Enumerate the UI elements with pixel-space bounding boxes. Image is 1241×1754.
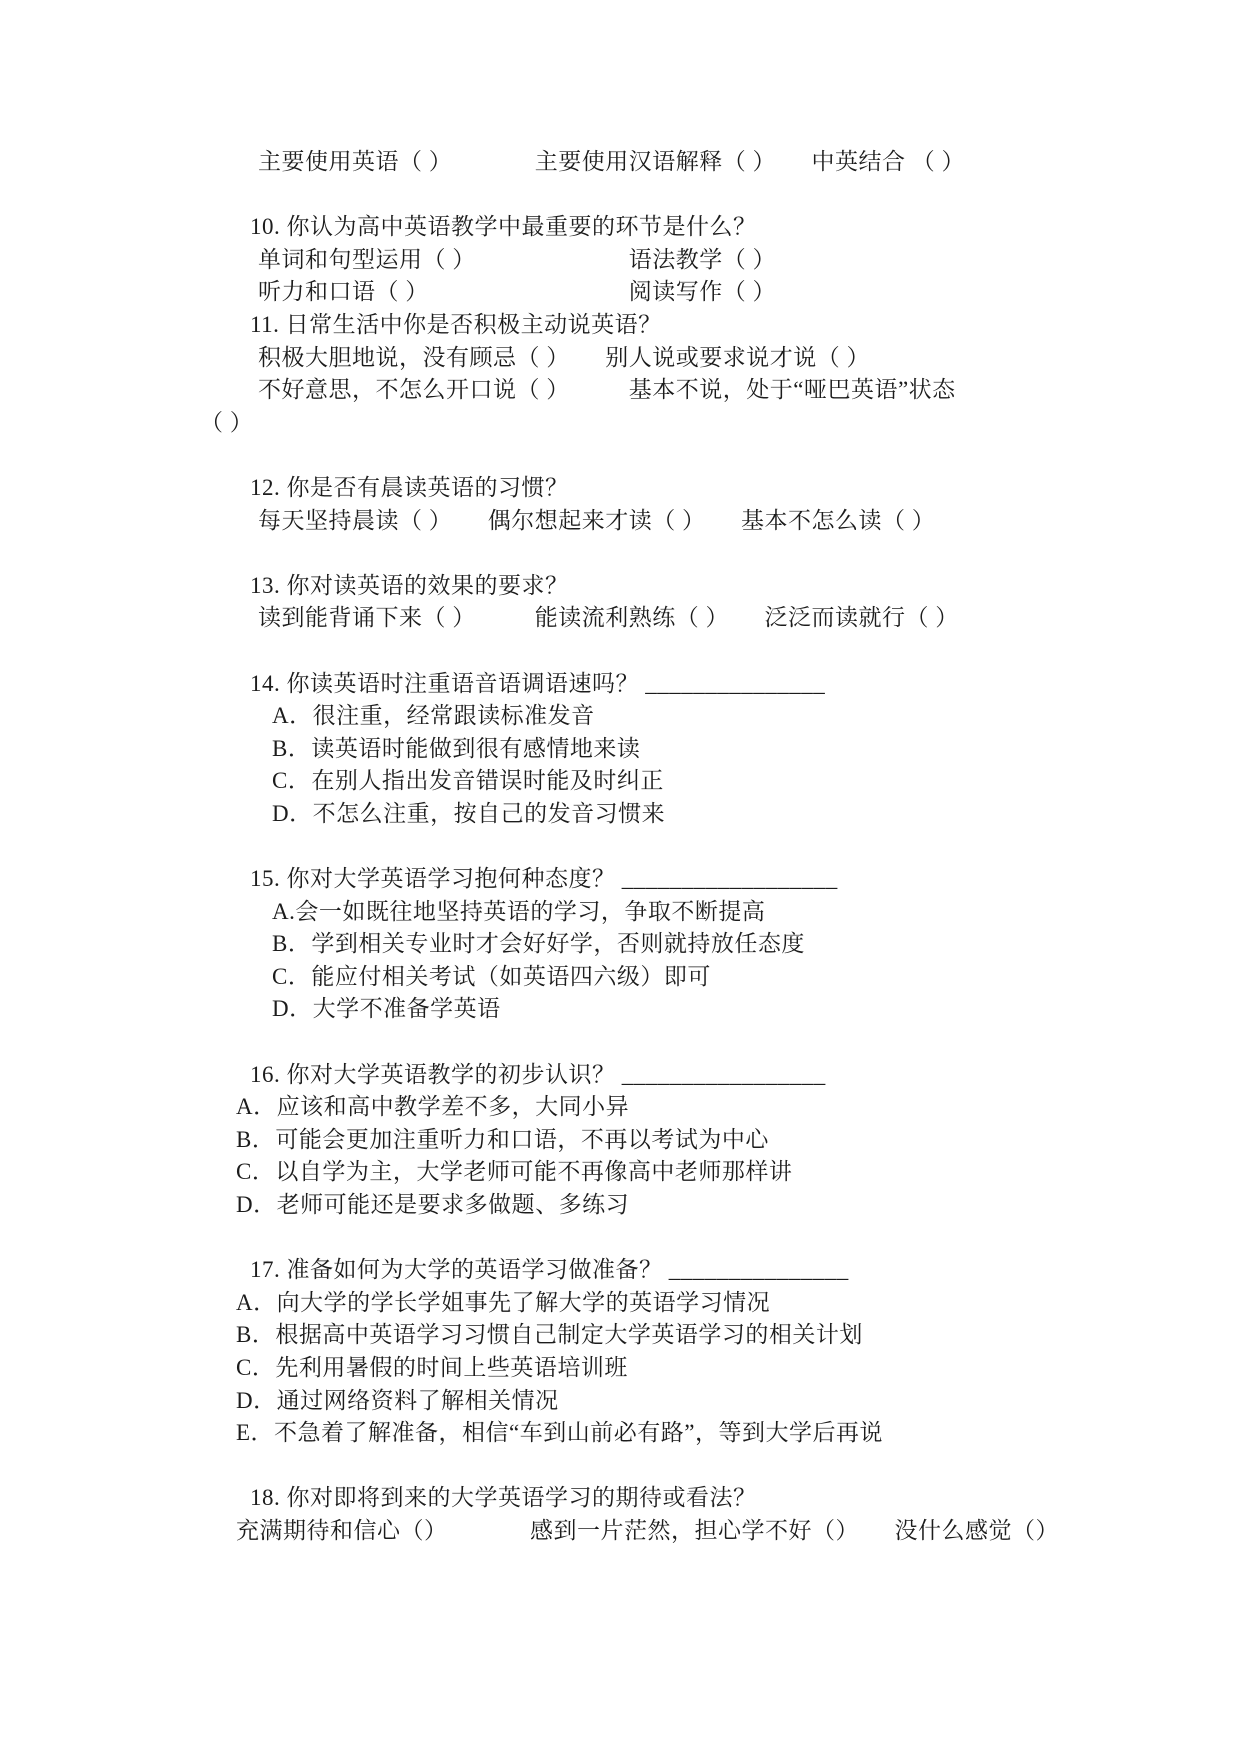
q16-option-b: B．可能会更加注重听力和口语，不再以考试为中心	[236, 1124, 1241, 1157]
q17-title: 17. 准备如何为大学的英语学习做准备？ _______________	[250, 1254, 1241, 1287]
q17-option-b: B．根据高中英语学习习惯自己制定大学英语学习的相关计划	[236, 1319, 1241, 1352]
q14-option-c: C．在别人指出发音错误时能及时纠正	[272, 765, 1241, 798]
q15-title: 15. 你对大学英语学习抱何种态度？ __________________	[250, 863, 1241, 896]
q16-option-d: D．老师可能还是要求多做题、多练习	[236, 1189, 1241, 1222]
q18-options-row: 充满期待和信心（） 感到一片茫然，担心学不好（） 没什么感觉（）	[236, 1515, 1241, 1548]
q17-option-d: D．通过网络资料了解相关情况	[236, 1385, 1241, 1418]
q11-options-row-2: 不好意思，不怎么开口说（ ） 基本不说，处于“哑巴英语”状态	[258, 374, 1241, 407]
q17-option-e: E．不急着了解准备，相信“车到山前必有路”，等到大学后再说	[236, 1417, 1241, 1450]
q14-title: 14. 你读英语时注重语音语调语速吗？ _______________	[250, 668, 1241, 701]
spacer	[0, 1026, 1241, 1059]
q11-options-row-1: 积极大胆地说，没有顾忌（ ） 别人说或要求说才说（ ）	[258, 342, 1241, 375]
q15-option-b: B．学到相关专业时才会好好学，否则就持放任态度	[272, 928, 1241, 961]
spacer	[0, 439, 1241, 472]
q13-title: 13. 你对读英语的效果的要求？	[250, 570, 1241, 603]
q15-option-c: C．能应付相关考试（如英语四六级）即可	[272, 961, 1241, 994]
q11-overflow-bracket: （ ）	[200, 407, 1241, 440]
spacer	[0, 179, 1241, 212]
q13-options-row: 读到能背诵下来（ ） 能读流利熟练（ ） 泛泛而读就行（ ）	[258, 602, 1241, 635]
q16-title: 16. 你对大学英语教学的初步认识？ _________________	[250, 1059, 1241, 1092]
questionnaire-page: 主要使用英语（ ） 主要使用汉语解释（ ） 中英结合 （ ）10. 你认为高中英…	[0, 0, 1241, 1754]
q18-title: 18. 你对即将到来的大学英语学习的期待或看法？	[250, 1482, 1241, 1515]
q14-option-d: D．不怎么注重，按自己的发音习惯来	[272, 798, 1241, 831]
q10-options-row-2: 听力和口语（ ） 阅读写作（ ）	[258, 276, 1241, 309]
spacer	[0, 537, 1241, 570]
q11-title: 11. 日常生活中你是否积极主动说英语？	[250, 309, 1241, 342]
q15-option-d: D．大学不准备学英语	[272, 993, 1241, 1026]
spacer	[0, 1450, 1241, 1483]
spacer	[0, 830, 1241, 863]
q17-option-c: C．先利用暑假的时间上些英语培训班	[236, 1352, 1241, 1385]
q14-option-b: B．读英语时能做到很有感情地来读	[272, 733, 1241, 766]
q12-options-row: 每天坚持晨读（ ） 偶尔想起来才读（ ） 基本不怎么读（ ）	[258, 505, 1241, 538]
opening-options-row: 主要使用英语（ ） 主要使用汉语解释（ ） 中英结合 （ ）	[258, 146, 1241, 179]
spacer	[0, 635, 1241, 668]
q17-option-a: A．向大学的学长学姐事先了解大学的英语学习情况	[236, 1287, 1241, 1320]
q15-option-a: A.会一如既往地坚持英语的学习，争取不断提高	[272, 896, 1241, 929]
q10-title: 10. 你认为高中英语教学中最重要的环节是什么？	[250, 211, 1241, 244]
q16-option-a: A．应该和高中教学差不多，大同小异	[236, 1091, 1241, 1124]
questionnaire-body: 主要使用英语（ ） 主要使用汉语解释（ ） 中英结合 （ ）10. 你认为高中英…	[0, 0, 1241, 1548]
spacer	[0, 1222, 1241, 1255]
q16-option-c: C．以自学为主，大学老师可能不再像高中老师那样讲	[236, 1156, 1241, 1189]
q10-options-row-1: 单词和句型运用（ ） 语法教学（ ）	[258, 244, 1241, 277]
q14-option-a: A．很注重，经常跟读标准发音	[272, 700, 1241, 733]
q12-title: 12. 你是否有晨读英语的习惯？	[250, 472, 1241, 505]
